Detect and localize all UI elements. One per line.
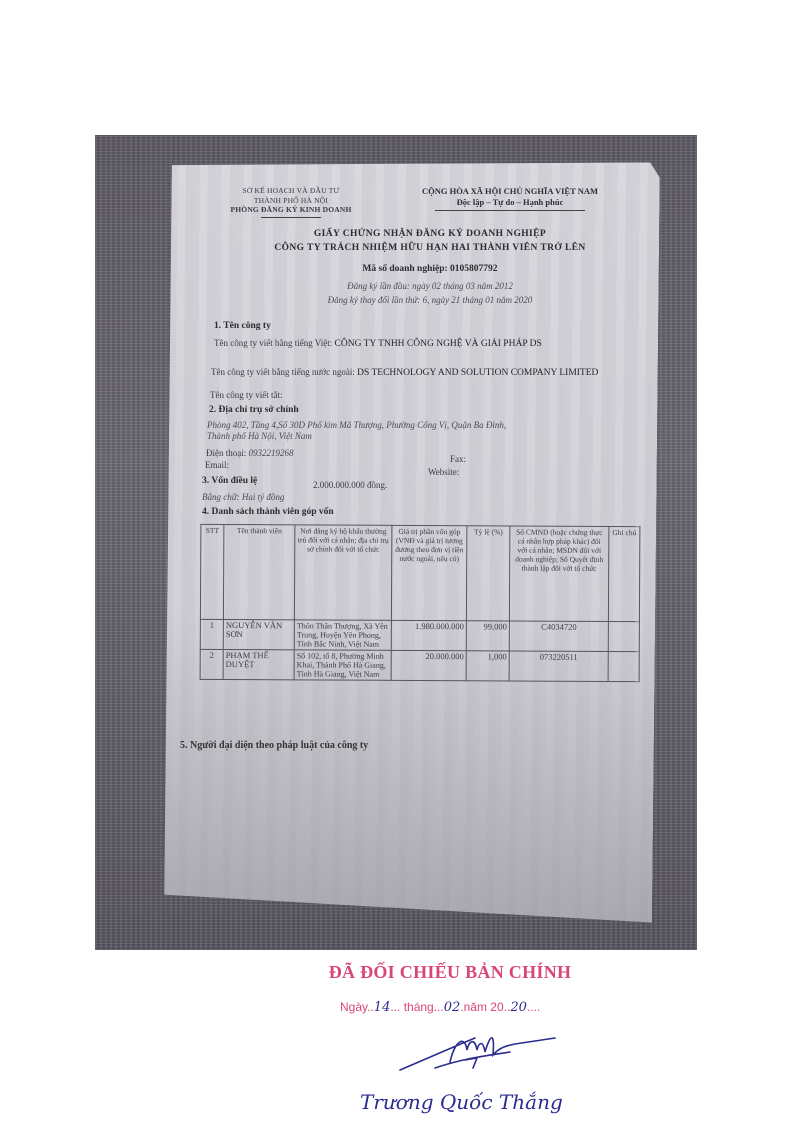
fax-label: Fax:	[450, 454, 466, 464]
issuing-authority: SỞ KẾ HOẠCH VÀ ĐẦU TƯ THÀNH PHỐ HÀ NỘI P…	[216, 186, 366, 218]
first-registration: Đăng ký lần đầu: ngày 02 tháng 03 năm 20…	[230, 281, 630, 291]
company-type: CÔNG TY TRÁCH NHIỆM HỮU HẠN HAI THÀNH VI…	[230, 243, 630, 253]
column-header: Số CMND (hoặc chứng thực cá nhân hợp phá…	[509, 526, 608, 622]
column-header: Tỷ lệ (%)	[466, 526, 509, 621]
members-table: STT Tên thành viên Nơi đăng ký hộ khẩu t…	[200, 524, 641, 682]
document-title: GIẤY CHỨNG NHẬN ĐĂNG KÝ DOANH NGHIỆP	[230, 229, 630, 239]
foreign-name-label: Tên công ty viết bằng tiếng nước ngoài:	[211, 367, 355, 377]
signature-icon	[395, 1030, 565, 1080]
cell-address: Số 102, tổ 8, Phường Minh Khai, Thành Ph…	[294, 650, 391, 681]
company-name-vn: Tên công ty viết bằng tiếng Việt: CÔNG T…	[214, 338, 634, 349]
authority-line-1: SỞ KẾ HOẠCH VÀ ĐẦU TƯ	[216, 186, 366, 196]
cell-stt: 2	[200, 649, 223, 679]
business-code: Mã số doanh nghiệp: 0105807792	[230, 264, 630, 274]
month-label: tháng	[404, 1000, 434, 1014]
phone: Điện thoại: 0932219268	[206, 448, 294, 458]
certification-date: Ngày..14... tháng...02.năm 20..20....	[340, 1000, 540, 1015]
website-label: Website:	[428, 467, 459, 477]
charter-capital-value: 2.000.000.000 đồng.	[313, 480, 387, 490]
column-header: Nơi đăng ký hộ khẩu thường trú đối với c…	[294, 525, 391, 621]
cell-id: 073220511	[509, 651, 608, 682]
table-row: 2 PHẠM THẾ DUYỆT Số 102, tổ 8, Phường Mi…	[200, 649, 639, 681]
national-motto: CỘNG HÒA XÃ HỘI CHỦ NGHĨA VIỆT NAM Độc l…	[400, 186, 620, 211]
country-name: CỘNG HÒA XÃ HỘI CHỦ NGHĨA VIỆT NAM	[400, 186, 620, 197]
column-header: Ghi chú	[608, 526, 639, 621]
year-label: năm 20	[464, 1000, 504, 1014]
certificate-document: SỞ KẾ HOẠCH VÀ ĐẦU TƯ THÀNH PHỐ HÀ NỘI P…	[0, 0, 797, 960]
cell-ratio: 1,000	[466, 651, 509, 681]
email-label: Email:	[205, 460, 229, 470]
charter-capital-words: Bằng chữ: Hai tỷ đồng	[202, 492, 284, 502]
signer-name: Trương Quốc Thắng	[360, 1090, 563, 1114]
cell-stt: 1	[200, 619, 223, 649]
cell-capital: 1.980.000.000	[391, 620, 466, 650]
section3-heading: 3. Vốn điều lệ	[202, 476, 257, 486]
certified-copy-stamp: ĐÃ ĐỐI CHIẾU BẢN CHÍNH	[300, 962, 600, 983]
handwritten-year: 20	[510, 1000, 527, 1015]
cell-note	[608, 651, 639, 681]
authority-line-2: THÀNH PHỐ HÀ NỘI	[216, 196, 366, 206]
vn-name-value: CÔNG TY TNHH CÔNG NGHỆ VÀ GIẢI PHÁP DS	[335, 339, 542, 349]
change-registration: Đăng ký thay đổi lần thứ: 6, ngày 21 thá…	[230, 295, 630, 305]
table-header-row: STT Tên thành viên Nơi đăng ký hộ khẩu t…	[200, 524, 639, 621]
handwritten-month: 02	[444, 1000, 461, 1015]
authority-line-3: PHÒNG ĐĂNG KÝ KINH DOANH	[216, 205, 366, 215]
divider	[435, 210, 585, 211]
cell-name: NGUYỄN VĂN SƠN	[223, 619, 294, 649]
phone-value: 0932219268	[249, 448, 294, 458]
foreign-name-value: DS TECHNOLOGY AND SOLUTION COMPANY LIMIT…	[357, 368, 598, 378]
section2-heading: 2. Địa chỉ trụ sở chính	[209, 405, 299, 415]
divider	[261, 217, 321, 218]
short-name-label: Tên công ty viết tắt:	[210, 390, 282, 400]
cell-name: PHẠM THẾ DUYỆT	[223, 649, 294, 679]
vn-name-label: Tên công ty viết bằng tiếng Việt:	[214, 338, 332, 348]
cell-address: Thôn Thân Thượng, Xã Yên Trung, Huyện Yê…	[294, 620, 391, 651]
address-line-2: Thành phố Hà Nội, Việt Nam	[207, 431, 312, 441]
column-header: Giá trị phần vốn góp (VNĐ và giá trị tươ…	[391, 525, 466, 620]
motto: Độc lập – Tự do – Hạnh phúc	[400, 197, 620, 208]
phone-label: Điện thoại:	[206, 448, 246, 458]
cell-capital: 20.000.000	[391, 650, 466, 680]
cell-note	[608, 621, 639, 651]
company-name-foreign: Tên công ty viết bằng tiếng nước ngoài: …	[211, 367, 631, 378]
date-prefix: Ngày	[340, 1000, 367, 1014]
section4-heading: 4. Danh sách thành viên góp vốn	[202, 507, 334, 517]
table-row: 1 NGUYỄN VĂN SƠN Thôn Thân Thượng, Xã Yê…	[200, 619, 639, 651]
cell-ratio: 99,000	[466, 621, 509, 651]
section1-heading: 1. Tên công ty	[214, 321, 271, 331]
column-header: STT	[200, 524, 223, 619]
column-header: Tên thành viên	[223, 524, 294, 619]
cell-id: C4034720	[509, 621, 608, 652]
handwritten-day: 14	[374, 1000, 391, 1015]
section5-heading: 5. Người đại diện theo pháp luật của côn…	[180, 740, 368, 751]
address-line-1: Phòng 402, Tầng 4,Số 30D Phố kim Mã Thượ…	[207, 420, 637, 430]
